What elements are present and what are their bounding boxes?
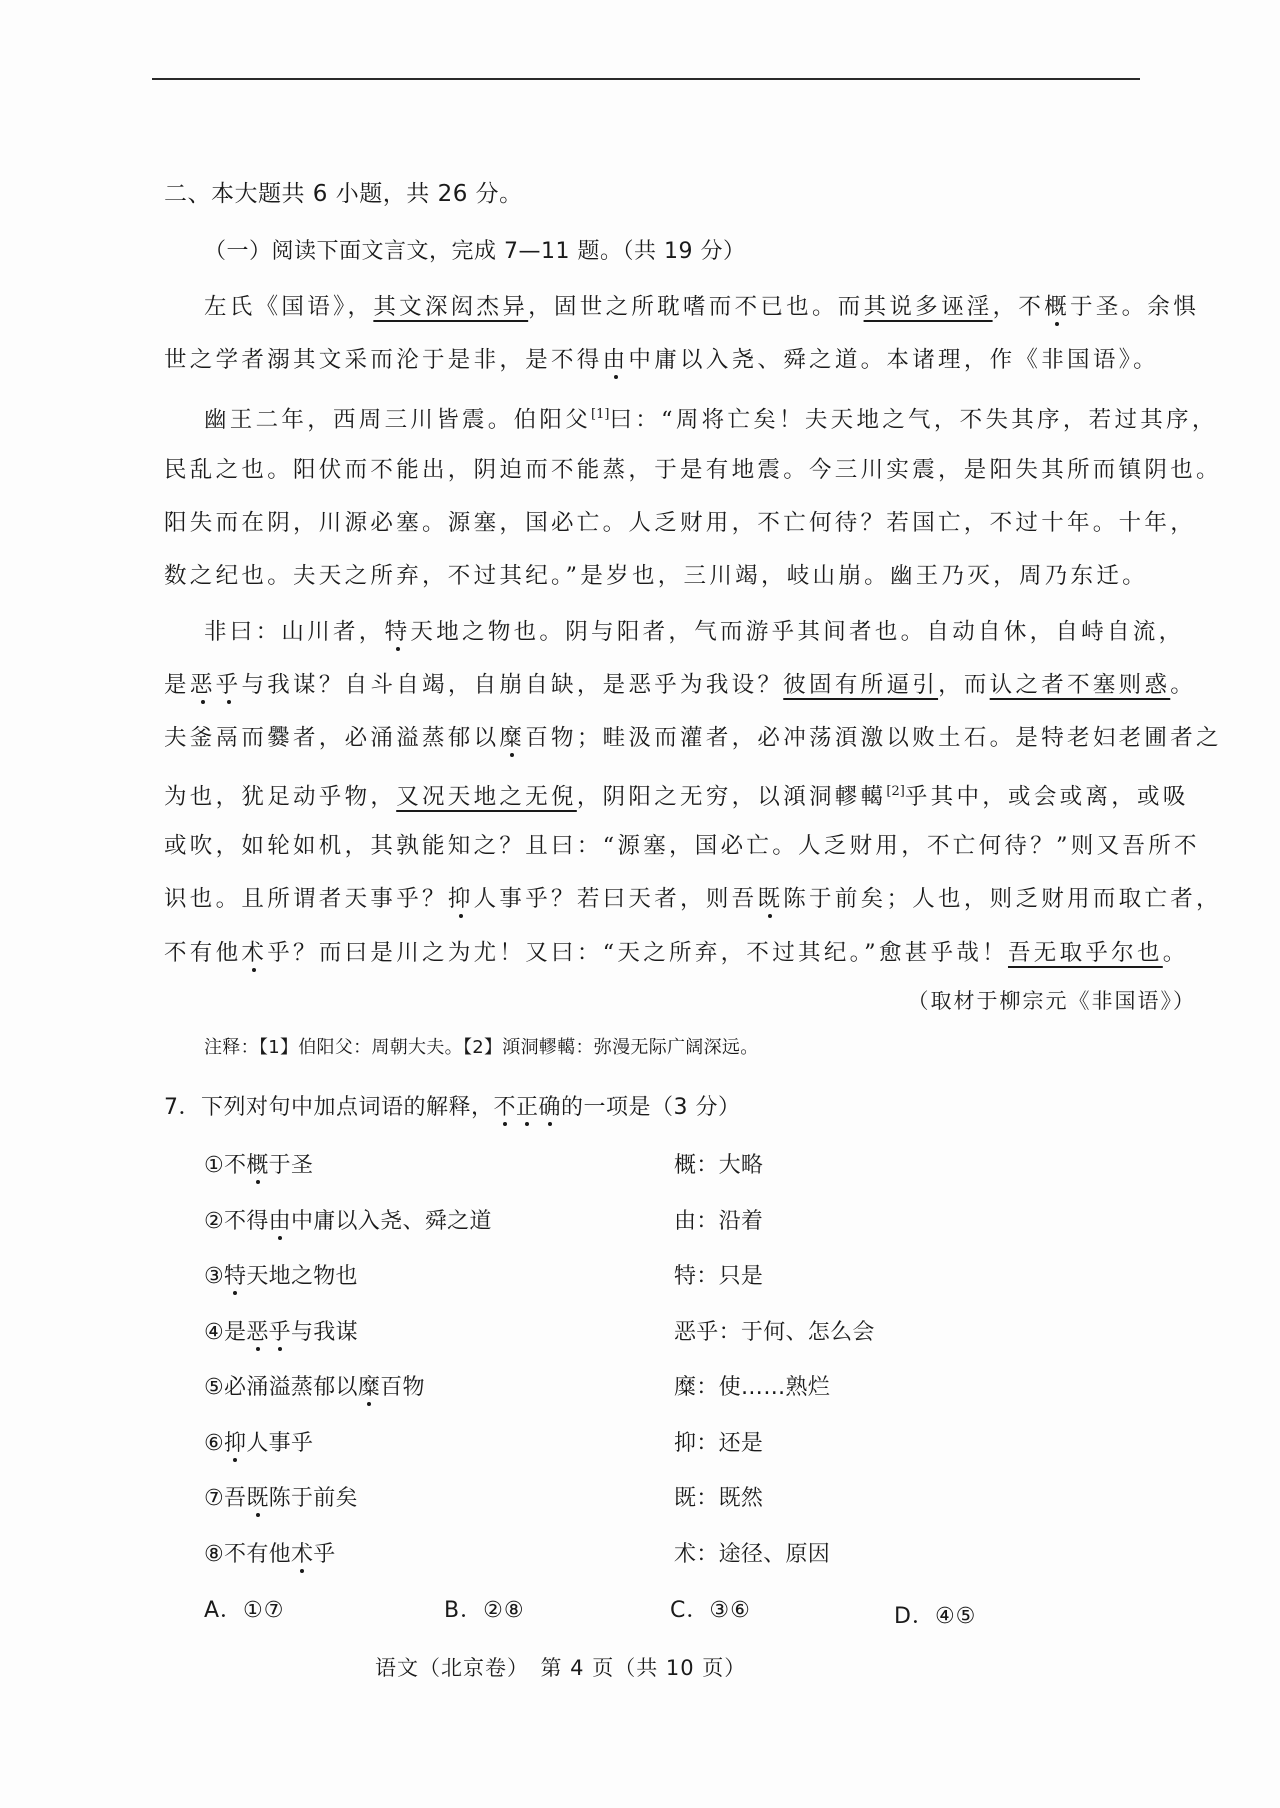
answer-options: A．①⑦B．②⑧C．③⑥D．④⑤ xyxy=(204,1593,1204,1633)
emphasized-word: 特 xyxy=(385,619,411,645)
passage-line: 左氏《国语》，其文深闳杰异，固世之所耽嗜而不已也。而其说多诬淫，不概于圣。余惧 xyxy=(204,292,1199,322)
sub-title: （一）阅读下面文言文，完成 7—11 题。（共 19 分） xyxy=(204,237,745,267)
emphasized-word: 乎 xyxy=(216,672,242,698)
passage-text: 世之学者溺其文采而沦于是非，是不得 xyxy=(164,347,603,373)
item-sentence: ⑥抑人事乎 xyxy=(204,1426,313,1457)
emphasized-word: 特 xyxy=(224,1264,246,1289)
item-number: ① xyxy=(204,1153,224,1178)
passage-text: 是 xyxy=(164,672,190,698)
passage-line: 是恶乎与我谋？自斗自竭，自崩自缺，是恶乎为我设？彼固有所逼引，而认之者不塞则惑。 xyxy=(164,670,1196,700)
passage-text: 于圣。余惧 xyxy=(1070,294,1199,320)
exam-page: 二、本大题共 6 小题，共 26 分。 （一）阅读下面文言文，完成 7—11 题… xyxy=(0,0,1280,1808)
underlined-phrase: 其说多诬淫 xyxy=(864,294,993,320)
passage-text: 。 xyxy=(1163,940,1189,966)
item-text: 不 xyxy=(224,1153,246,1178)
question-prefix: 7．下列对句中加点词语的解释， xyxy=(164,1095,494,1120)
emphasized-word: 术 xyxy=(241,940,267,966)
item-sentence: ⑦吾既陈于前矣 xyxy=(204,1481,358,1512)
passage-line: 世之学者溺其文采而沦于是非，是不得由中庸以入尧、舜之道。本诸理，作《非国语》。 xyxy=(164,345,1159,375)
question-7-stem: 7．下列对句中加点词语的解释，不正确的一项是（3 分） xyxy=(164,1090,741,1121)
option-a[interactable]: A．①⑦ xyxy=(204,1593,285,1624)
passage-text: 识也。且所谓者天事乎？ xyxy=(164,886,448,912)
emphasized-word: 由 xyxy=(269,1209,291,1234)
passage-text: 数之纪也。夫天之所弃，不过其纪。”是岁也，三川竭，岐山崩。幽王乃灭，周乃东迁。 xyxy=(164,563,1148,589)
passage-text: 乎其中，或会或离，或吸 xyxy=(905,784,1189,810)
item-sentence: ③特天地之物也 xyxy=(204,1259,358,1290)
item-text: 是 xyxy=(224,1320,246,1345)
item-gloss: 概：大略 xyxy=(674,1148,763,1179)
section-title: 二、本大题共 6 小题，共 26 分。 xyxy=(164,179,523,209)
footnote-marker: [2] xyxy=(886,784,904,799)
emphasized-word: 糜 xyxy=(358,1375,380,1400)
passage-text: 幽王二年，西周三川皆震。伯阳父 xyxy=(204,407,591,433)
passage-line: 不有他术乎？而曰是川之为尤！又曰：“天之所弃，不过其纪。”愈甚乎哉！吾无取乎尔也… xyxy=(164,938,1189,968)
emphasized-word: 糜 xyxy=(499,725,525,751)
emphasized-word: 概 xyxy=(1044,294,1070,320)
item-number: ⑦ xyxy=(204,1486,224,1511)
passage-line: 为也，犹足动乎物，又况天地之无倪，阴阳之无穷，以澒洞轇轕[2]乎其中，或会或离，… xyxy=(164,777,1189,812)
item-gloss: 糜：使……熟烂 xyxy=(674,1370,830,1401)
passage-text: 非曰：山川者， xyxy=(204,619,385,645)
passage-text: 不有他 xyxy=(164,940,241,966)
passage-text: 乎？而曰是川之为尤！又曰：“天之所弃，不过其纪。”愈甚乎哉！ xyxy=(267,940,1008,966)
page-footer: 语文（北京卷） 第 4 页（共 10 页） xyxy=(375,1652,746,1682)
item-number: ④ xyxy=(204,1320,224,1345)
item-text: 天地之物也 xyxy=(246,1264,358,1289)
passage-text: 民乱之也。阳伏而不能出，阴迫而不能蒸，于是有地震。今三川实震，是阳失其所而镇阴也… xyxy=(164,457,1222,483)
underlined-phrase: 彼固有所逼引 xyxy=(783,672,938,698)
option-d[interactable]: D．④⑤ xyxy=(894,1599,976,1630)
question-emphasis: 不正确 xyxy=(494,1095,562,1120)
item-text: 吾 xyxy=(224,1486,246,1511)
passage-text: 曰：“周将亡矣！夫天地之气，不失其序，若过其序， xyxy=(609,407,1217,433)
item-text: 百物 xyxy=(380,1375,425,1400)
passage-text: 为也，犹足动乎物， xyxy=(164,784,396,810)
emphasized-word: 恶 xyxy=(190,672,216,698)
emphasized-word: 既 xyxy=(246,1486,268,1511)
footnotes: 注释：【1】伯阳父：周朝大夫。【2】澒洞轇轕：弥漫无际广阔深远。 xyxy=(204,1033,759,1059)
item-text: 中庸以入尧、舜之道 xyxy=(291,1209,492,1234)
question-suffix: 的一项是（3 分） xyxy=(561,1095,741,1120)
passage-text: 夫釜鬲而爨者，必涌溢蒸郁以 xyxy=(164,725,499,751)
passage-text: 或吹，如轮如机，其孰能知之？且曰：“源塞，国必亡。人乏财用，不亡何待？”则又吾所… xyxy=(164,833,1200,859)
passage-text: 与我谋？自斗自竭，自崩自缺，是恶乎为我设？ xyxy=(241,672,783,698)
emphasized-word: 术 xyxy=(291,1542,313,1567)
item-number: ③ xyxy=(204,1264,224,1289)
passage-text: 中庸以入尧、舜之道。本诸理，作《非国语》。 xyxy=(628,347,1159,373)
item-number: ② xyxy=(204,1209,224,1234)
passage-line: 数之纪也。夫天之所弃，不过其纪。”是岁也，三川竭，岐山崩。幽王乃灭，周乃东迁。 xyxy=(164,561,1148,591)
item-sentence: ②不得由中庸以入尧、舜之道 xyxy=(204,1204,492,1235)
item-text: 不有他 xyxy=(224,1542,291,1567)
emphasized-word: 由 xyxy=(603,347,629,373)
emphasized-word: 抑 xyxy=(224,1431,246,1456)
emphasized-word: 既 xyxy=(757,886,783,912)
item-number: ⑤ xyxy=(204,1375,224,1400)
option-c[interactable]: C．③⑥ xyxy=(670,1593,751,1624)
item-gloss: 恶乎：于何、怎么会 xyxy=(674,1315,875,1346)
passage-line: 幽王二年，西周三川皆震。伯阳父[1]曰：“周将亡矣！夫天地之气，不失其序，若过其… xyxy=(204,400,1218,435)
item-gloss: 特：只是 xyxy=(674,1259,763,1290)
passage-line: 或吹，如轮如机，其孰能知之？且曰：“源塞，国必亡。人乏财用，不亡何待？”则又吾所… xyxy=(164,831,1200,861)
item-text: 陈于前矣 xyxy=(269,1486,358,1511)
passage-source: （取材于柳宗元《非国语》） xyxy=(908,985,1197,1015)
item-text: 乎 xyxy=(313,1542,335,1567)
emphasized-word: 确 xyxy=(539,1095,562,1120)
item-text: 与我谋 xyxy=(291,1320,358,1345)
header-rule xyxy=(152,78,1140,80)
passage-text: 陈于前矣；人也，则乏财用而取亡者， xyxy=(783,886,1222,912)
passage-line: 非曰：山川者，特天地之物也。阴与阳者，气而游乎其间者也。自动自休，自峙自流， xyxy=(204,617,1184,647)
item-gloss: 由：沿着 xyxy=(674,1204,763,1235)
item-gloss: 术：途径、原因 xyxy=(674,1537,830,1568)
item-text: 必涌溢蒸郁以 xyxy=(224,1375,358,1400)
passage-line: 夫釜鬲而爨者，必涌溢蒸郁以糜百物；畦汲而灌者，必冲荡湏激以败土石。是特老妇老圃者… xyxy=(164,723,1222,753)
emphasized-word: 概 xyxy=(246,1153,268,1178)
underlined-phrase: 认之者不塞则惑 xyxy=(990,672,1171,698)
emphasized-word: 正 xyxy=(516,1095,539,1120)
passage-line: 民乱之也。阳伏而不能出，阴迫而不能蒸，于是有地震。今三川实震，是阳失其所而镇阴也… xyxy=(164,455,1222,485)
item-sentence: ⑤必涌溢蒸郁以糜百物 xyxy=(204,1370,425,1401)
underlined-phrase: 其文深闳杰异 xyxy=(373,294,528,320)
item-gloss: 抑：还是 xyxy=(674,1426,763,1457)
item-number: ⑥ xyxy=(204,1431,224,1456)
item-sentence: ④是恶乎与我谋 xyxy=(204,1315,358,1346)
footnote-marker: [1] xyxy=(591,407,609,422)
item-gloss: 既：既然 xyxy=(674,1481,763,1512)
passage-text: 。 xyxy=(1170,672,1196,698)
passage-text: 左氏《国语》， xyxy=(204,294,373,320)
passage-line: 阳失而在阴，川源必塞。源塞，国必亡。人乏财用，不亡何待？若国亡，不过十年。十年， xyxy=(164,508,1196,538)
emphasized-word: 乎 xyxy=(269,1320,291,1345)
item-text: 不得 xyxy=(224,1209,269,1234)
passage-text: ，固世之所耽嗜而不已也。而 xyxy=(528,294,863,320)
passage-line: 识也。且所谓者天事乎？抑人事乎？若曰天者，则吾既陈于前矣；人也，则乏财用而取亡者… xyxy=(164,884,1222,914)
passage-text: 阳失而在阴，川源必塞。源塞，国必亡。人乏财用，不亡何待？若国亡，不过十年。十年， xyxy=(164,510,1196,536)
item-text: 人事乎 xyxy=(246,1431,313,1456)
passage-text: 天地之物也。阴与阳者，气而游乎其间者也。自动自休，自峙自流， xyxy=(410,619,1184,645)
item-sentence: ⑧不有他术乎 xyxy=(204,1537,336,1568)
emphasized-word: 不 xyxy=(494,1095,517,1120)
underlined-phrase: 又况天地之无倪 xyxy=(396,784,577,810)
passage-text: ，而 xyxy=(938,672,990,698)
passage-text: 百物；畦汲而灌者，必冲荡湏激以败土石。是特老妇老圃者之 xyxy=(525,725,1222,751)
emphasized-word: 恶 xyxy=(246,1320,268,1345)
item-number: ⑧ xyxy=(204,1542,224,1567)
passage-text: ，阴阳之无穷，以澒洞轇轕 xyxy=(577,784,887,810)
emphasized-word: 抑 xyxy=(448,886,474,912)
underlined-phrase: 吾无取乎尔也 xyxy=(1008,940,1163,966)
passage-text: ，不 xyxy=(993,294,1045,320)
option-b[interactable]: B．②⑧ xyxy=(444,1593,525,1624)
passage-text: 人事乎？若曰天者，则吾 xyxy=(474,886,758,912)
item-text: 于圣 xyxy=(269,1153,314,1178)
item-sentence: ①不概于圣 xyxy=(204,1148,313,1179)
